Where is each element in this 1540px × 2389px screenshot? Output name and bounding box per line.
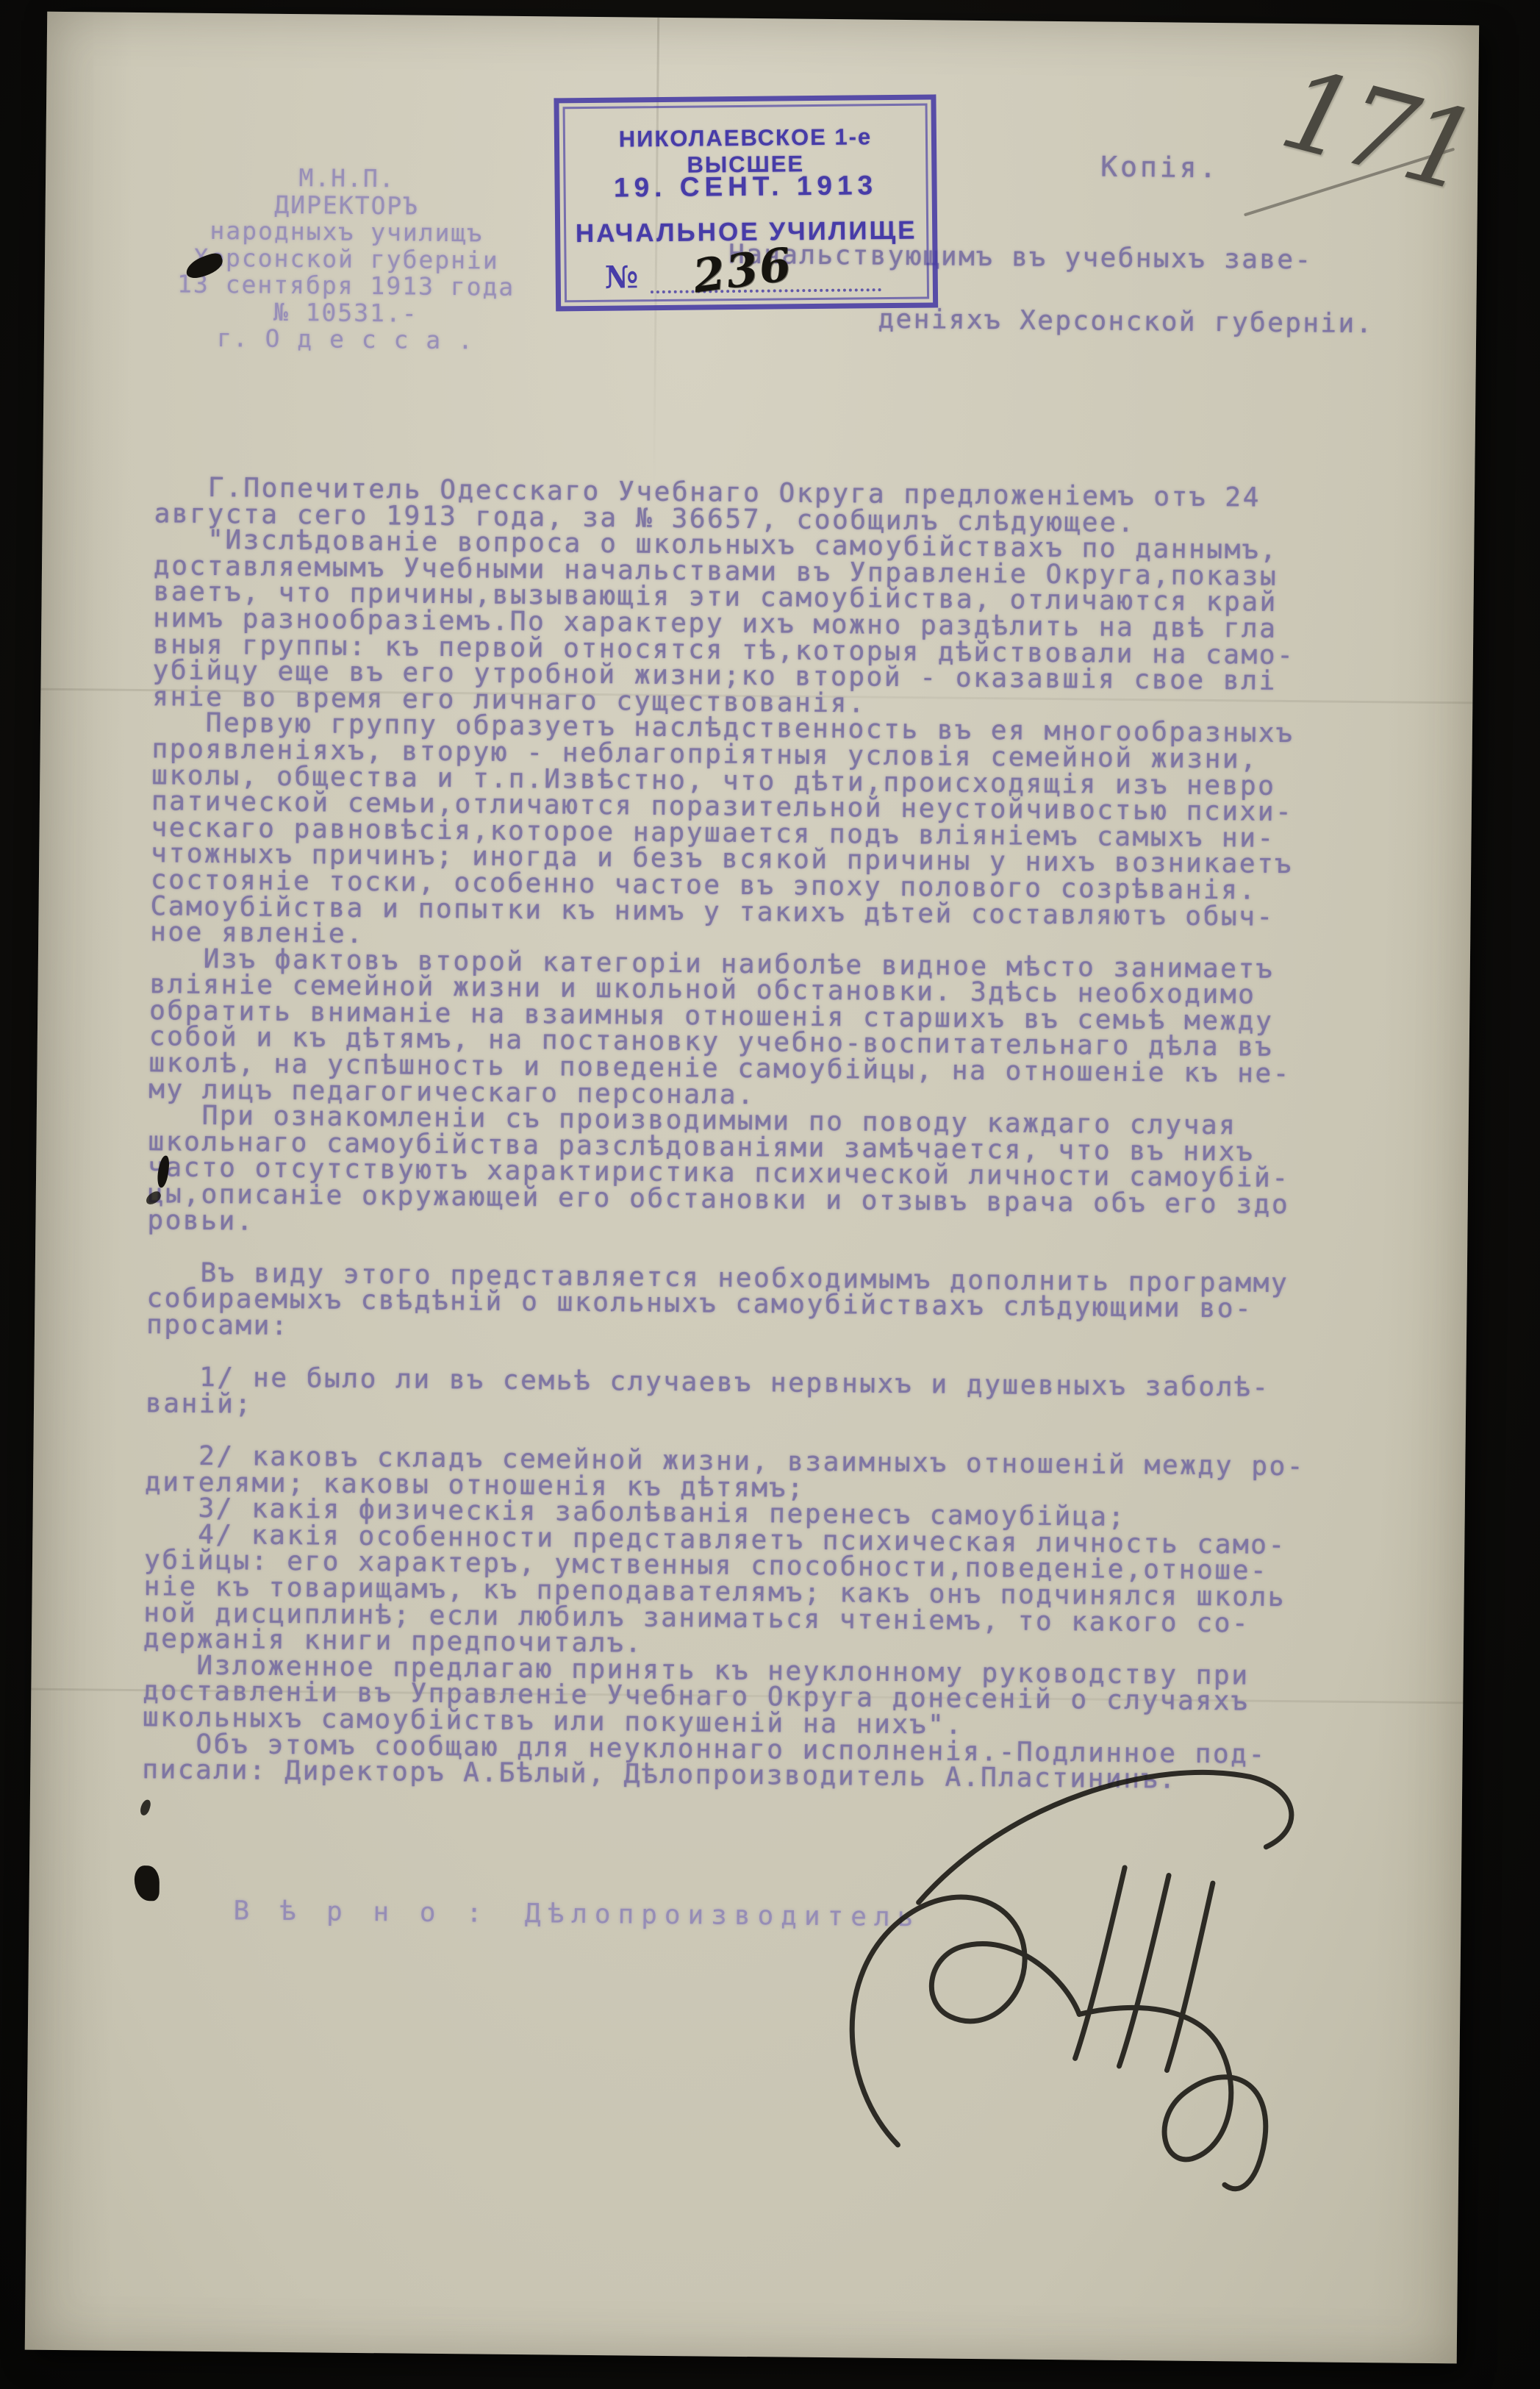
addressee-line2: деніяхъ Херсонской губерніи. bbox=[798, 304, 1373, 340]
received-stamp: НИКОЛАЕВСКОЕ 1-е ВЫСШЕЕ 19. СЕНТ. 1913 Н… bbox=[554, 94, 938, 311]
signature-ink bbox=[769, 1732, 1376, 2208]
scanned-document-page: { "page": { "copy_label": "Копія.", "pag… bbox=[0, 0, 1540, 2389]
paper-sheet: М.Н.П. ДИРЕКТОРЪ народныхъ училищъ Херсо… bbox=[25, 12, 1479, 2364]
stamp-number-sign: № bbox=[605, 259, 639, 295]
paper-blot-5 bbox=[135, 1865, 160, 1901]
handwritten-page-number: 171 bbox=[1269, 45, 1540, 235]
paper-blot-4 bbox=[139, 1799, 151, 1816]
signature-letters bbox=[1075, 1867, 1213, 2071]
stamp-number-row: № 236 bbox=[605, 256, 889, 300]
verno-label: В ѣ р н о : bbox=[233, 1896, 490, 1928]
stamp-date: 19. СЕНТ. 1913 bbox=[559, 169, 931, 204]
signature-tail bbox=[1078, 2007, 1267, 2189]
letter-body: Г.Попечитель Одесскаго Учебнаго Округа п… bbox=[142, 474, 1522, 1796]
signature-top-flourish bbox=[919, 1770, 1292, 1906]
copy-label: Копія. bbox=[1100, 151, 1220, 185]
signature-loop bbox=[851, 1896, 1081, 2147]
letterhead: М.Н.П. ДИРЕКТОРЪ народныхъ училищъ Херсо… bbox=[110, 163, 582, 356]
